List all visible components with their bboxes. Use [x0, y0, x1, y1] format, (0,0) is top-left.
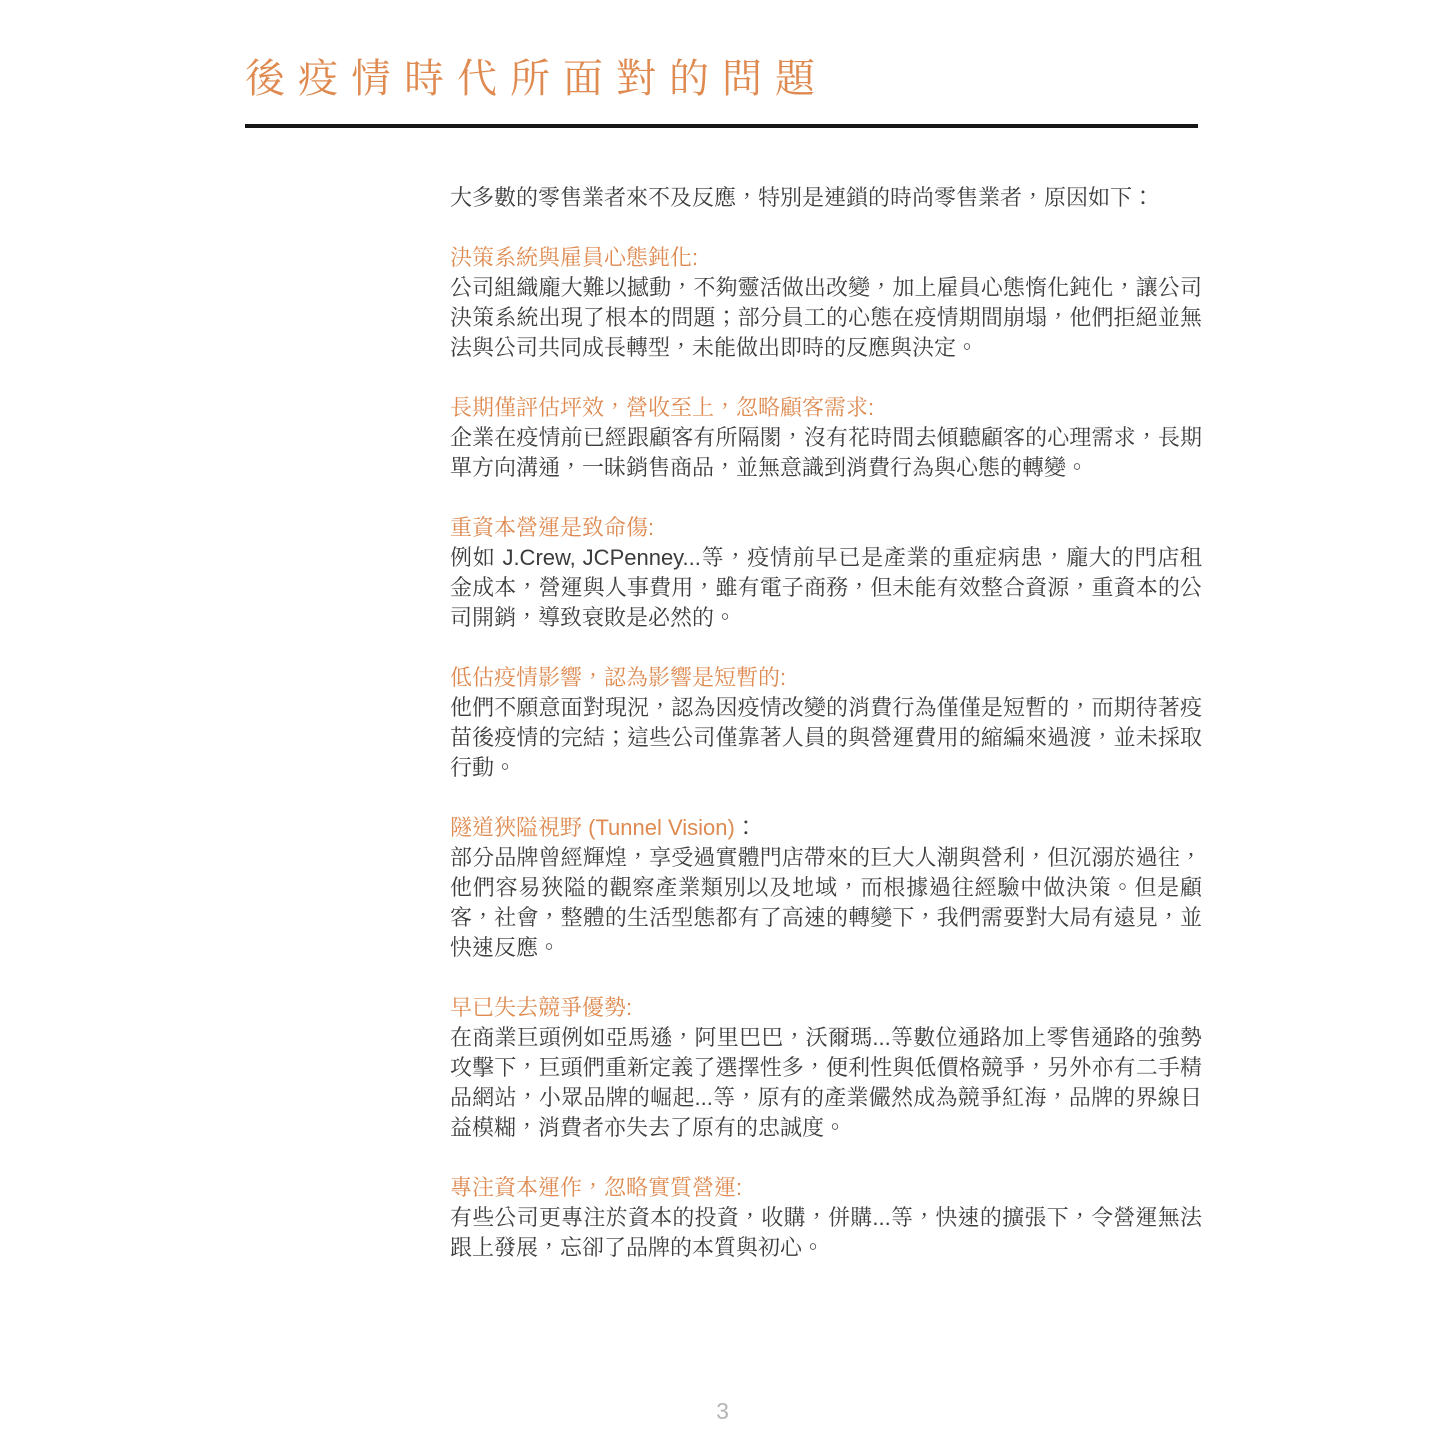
section-capital-operation: 專注資本運作，忽略實質營運: 有些公司更專注於資本的投資，收購，併購...等，快… [450, 1173, 1202, 1263]
page-number: 3 [716, 1398, 729, 1424]
section-heading-text: 隧道狹隘視野 (Tunnel Vision) [450, 815, 735, 840]
section-heading: 專注資本運作，忽略實質營運: [450, 1173, 1202, 1203]
content-column: 大多數的零售業者來不及反應，特別是連鎖的時尚零售業者，原因如下： 決策系統與雇員… [450, 183, 1202, 1263]
section-heading: 早已失去競爭優勢: [450, 993, 1202, 1023]
section-heading-text: 低估疫情影響，認為影響是短暫的: [450, 665, 786, 690]
section-tunnel-vision: 隧道狹隘視野 (Tunnel Vision)： 部分品牌曾經輝煌，享受過實體門店… [450, 813, 1202, 963]
section-heading-colon: ： [735, 815, 757, 840]
section-heading: 重資本營運是致命傷: [450, 513, 1202, 543]
intro-paragraph: 大多數的零售業者來不及反應，特別是連鎖的時尚零售業者，原因如下： [450, 183, 1202, 213]
section-heading-text: 決策系統與雇員心態鈍化: [450, 245, 698, 270]
section-floor-efficiency: 長期僅評估坪效，營收至上，忽略顧客需求: 企業在疫情前已經跟顧客有所隔閡，沒有花… [450, 393, 1202, 483]
page-title: 後疫情時代所面對的問題 [245, 55, 1198, 103]
section-heading: 隧道狹隘視野 (Tunnel Vision)： [450, 813, 1202, 843]
section-heading-text: 重資本營運是致命傷: [450, 515, 654, 540]
section-body: 企業在疫情前已經跟顧客有所隔閡，沒有花時間去傾聽顧客的心理需求，長期單方向溝通，… [450, 423, 1202, 483]
section-heading-text: 專注資本運作，忽略實質營運: [450, 1175, 742, 1200]
section-decision-system: 決策系統與雇員心態鈍化: 公司組織龐大難以撼動，不夠靈活做出改變，加上雇員心態惰… [450, 243, 1202, 363]
document-page: 後疫情時代所面對的問題 大多數的零售業者來不及反應，特別是連鎖的時尚零售業者，原… [0, 0, 1445, 1445]
section-heading: 決策系統與雇員心態鈍化: [450, 243, 1202, 273]
section-body: 例如 J.Crew, JCPenney...等，疫情前早已是產業的重症病患，龐大… [450, 543, 1202, 633]
section-heading-text: 長期僅評估坪效，營收至上，忽略顧客需求: [450, 395, 874, 420]
section-heading: 長期僅評估坪效，營收至上，忽略顧客需求: [450, 393, 1202, 423]
page-footer: 3 [0, 1398, 1445, 1425]
section-body: 在商業巨頭例如亞馬遜，阿里巴巴，沃爾瑪...等數位通路加上零售通路的強勢攻擊下，… [450, 1023, 1202, 1143]
section-underestimate-impact: 低估疫情影響，認為影響是短暫的: 他們不願意面對現況，認為因疫情改變的消費行為僅… [450, 663, 1202, 783]
title-underline [245, 124, 1198, 128]
section-heavy-capital: 重資本營運是致命傷: 例如 J.Crew, JCPenney...等，疫情前早已… [450, 513, 1202, 633]
section-body: 有些公司更專注於資本的投資，收購，併購...等，快速的擴張下，令營運無法跟上發展… [450, 1203, 1202, 1263]
section-body: 部分品牌曾經輝煌，享受過實體門店帶來的巨大人潮與營利，但沉溺於過往，他們容易狹隘… [450, 843, 1202, 963]
section-lost-advantage: 早已失去競爭優勢: 在商業巨頭例如亞馬遜，阿里巴巴，沃爾瑪...等數位通路加上零… [450, 993, 1202, 1143]
section-heading-text: 早已失去競爭優勢: [450, 995, 632, 1020]
page-header: 後疫情時代所面對的問題 [245, 0, 1198, 128]
section-body: 他們不願意面對現況，認為因疫情改變的消費行為僅僅是短暫的，而期待著疫苗後疫情的完… [450, 693, 1202, 783]
section-heading: 低估疫情影響，認為影響是短暫的: [450, 663, 1202, 693]
section-body: 公司組織龐大難以撼動，不夠靈活做出改變，加上雇員心態惰化鈍化，讓公司決策系統出現… [450, 273, 1202, 363]
